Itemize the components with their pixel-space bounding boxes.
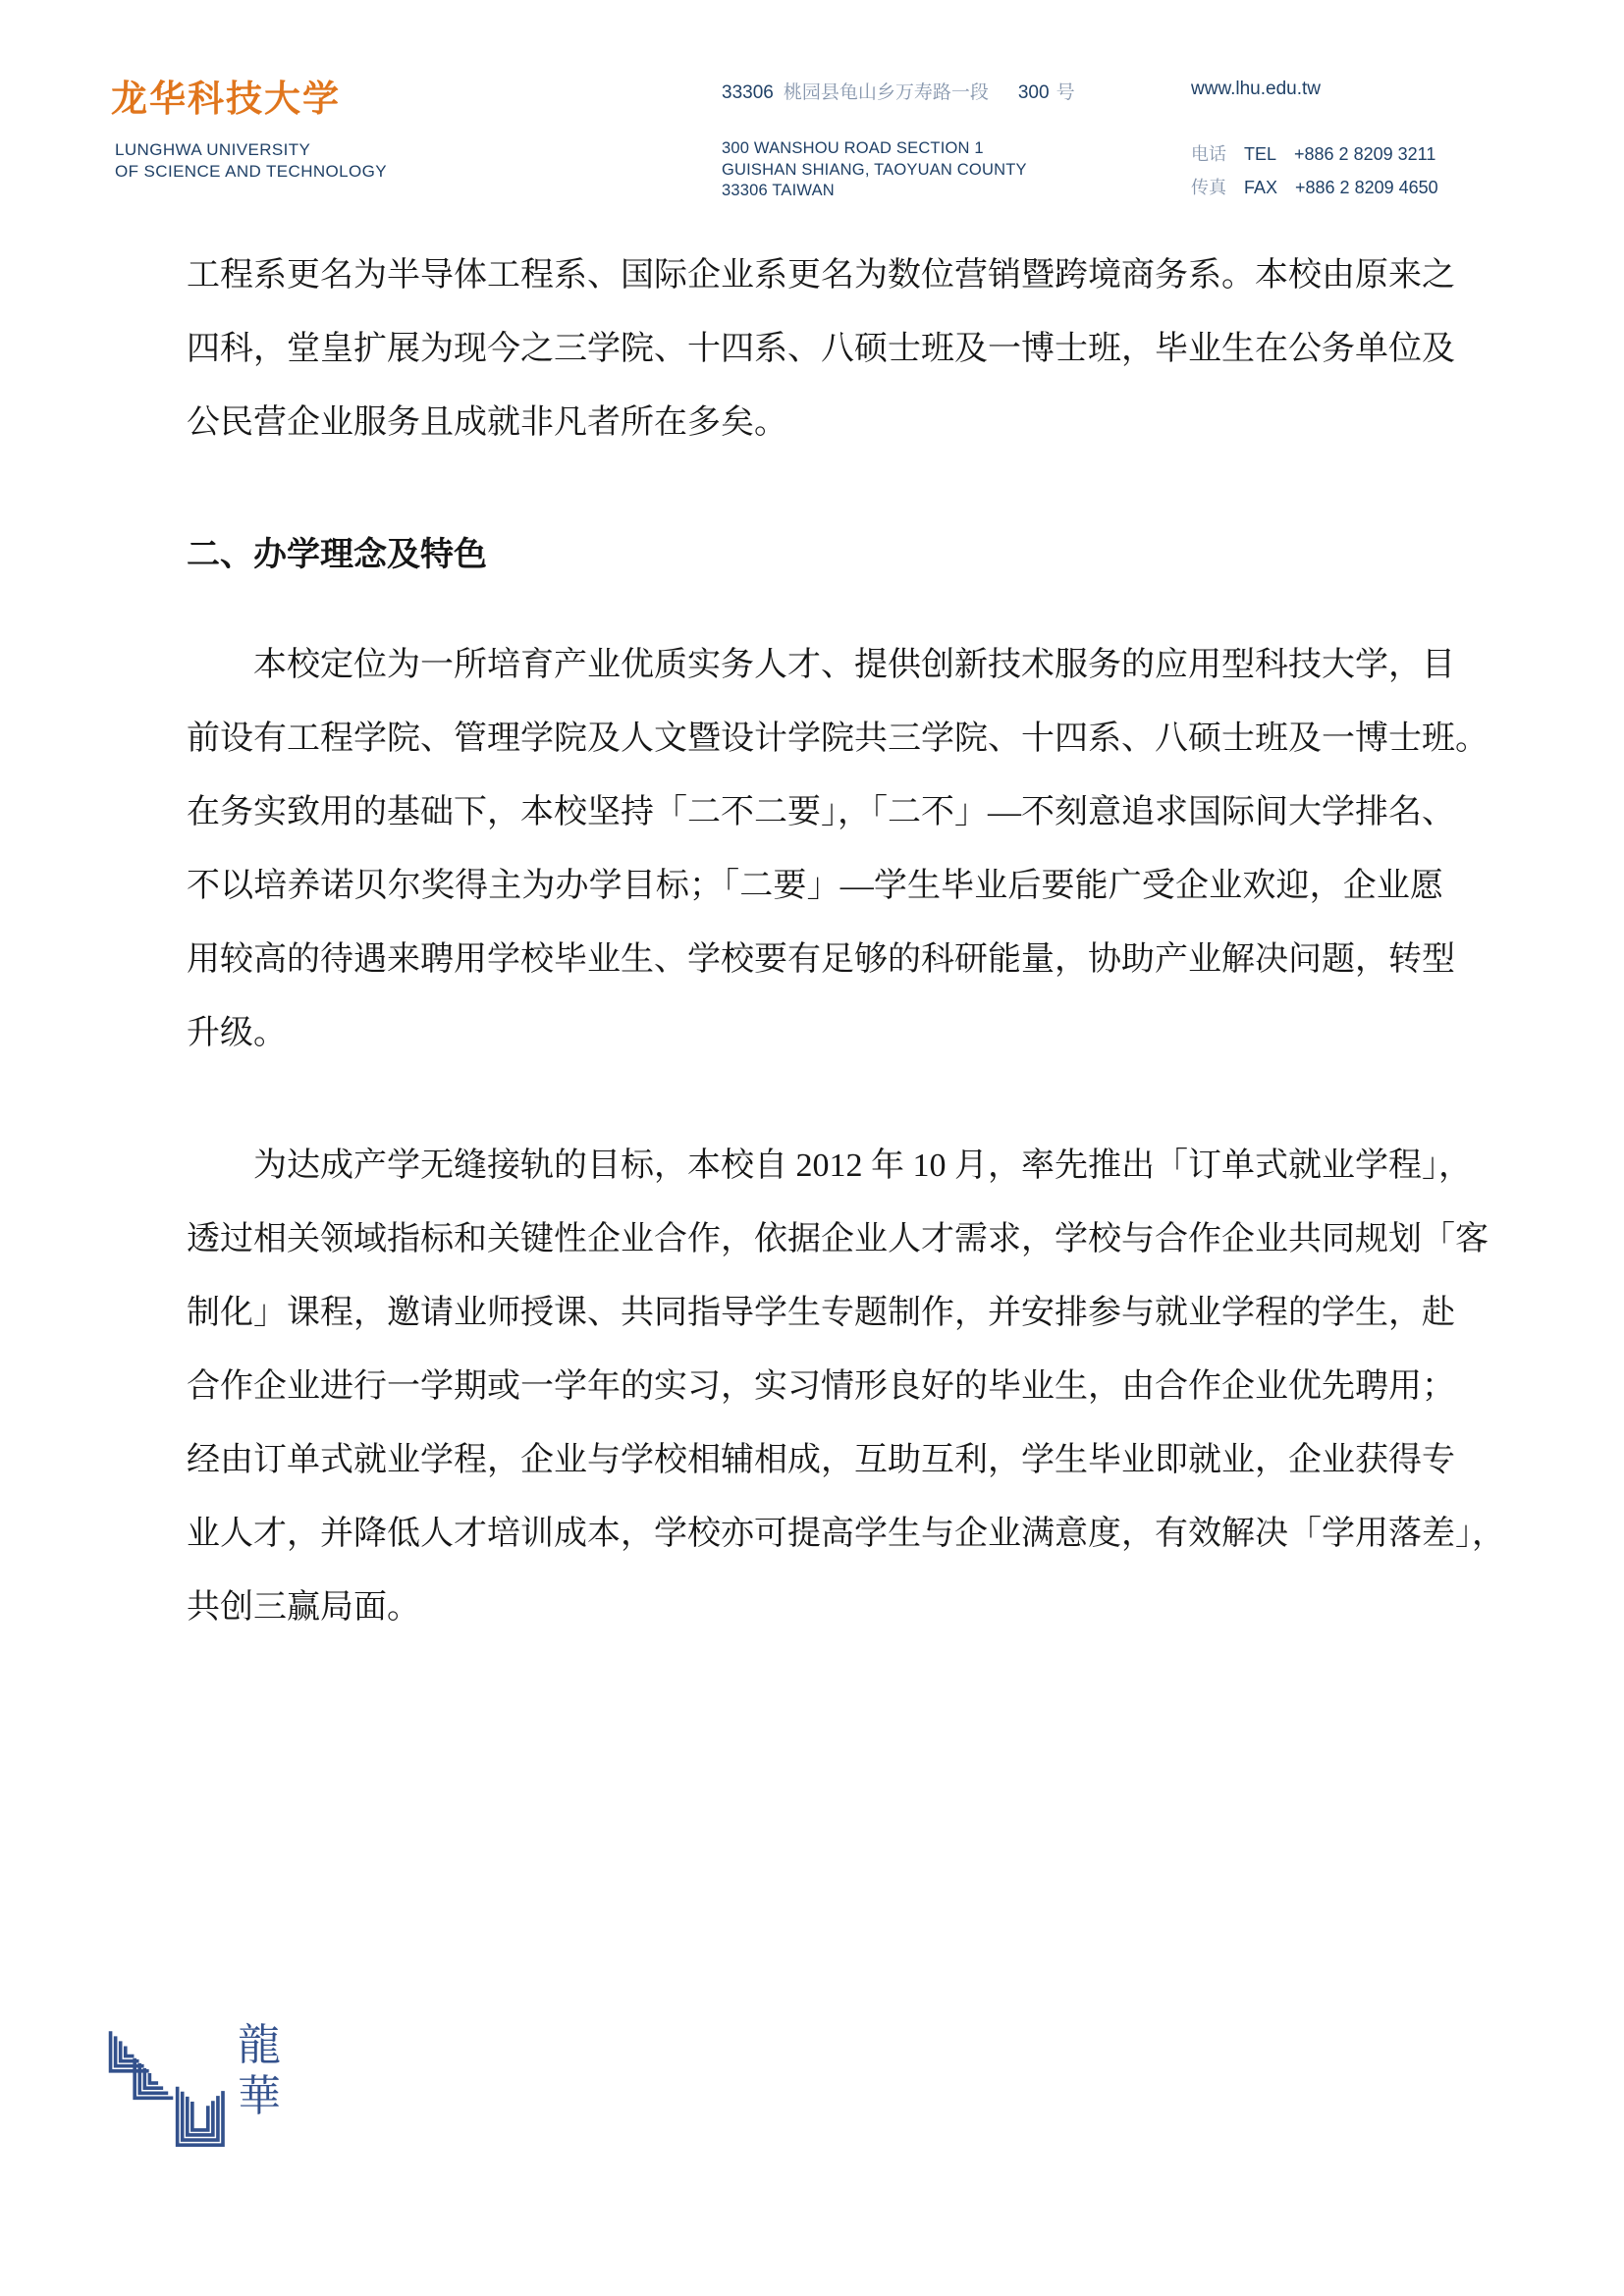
spacer bbox=[187, 1070, 1443, 1129]
street-number-suffix: 号 bbox=[1056, 82, 1075, 103]
body-line: 为达成产学无缝接轨的目标，本校自 2012 年 10 月，率先推出「订单式就业学… bbox=[187, 1129, 1443, 1202]
spacer bbox=[187, 459, 1443, 518]
section-heading: 二、办学理念及特色 bbox=[187, 518, 1443, 592]
address-zh: 33306桃园县龟山乡万寿路一段300号 bbox=[722, 78, 1075, 104]
address-en: 300 WANSHOU ROAD SECTION 1 GUISHAN SHIAN… bbox=[722, 138, 1027, 202]
paragraph-2: 本校定位为一所培育产业优质实务人才、提供创新技术服务的应用型科技大学，目前设有工… bbox=[187, 628, 1443, 1070]
spacer bbox=[187, 592, 1443, 628]
street-zh: 桃园县龟山乡万寿路一段 bbox=[784, 82, 989, 103]
paragraph-3: 为达成产学无缝接轨的目标，本校自 2012 年 10 月，率先推出「订单式就业学… bbox=[187, 1129, 1443, 1644]
university-name-en: LUNGHWA UNIVERSITY OF SCIENCE AND TECHNO… bbox=[115, 139, 387, 183]
logo-calligraphy: 龍 華 bbox=[234, 2020, 285, 2122]
logo-calligraphy-top: 龍 bbox=[234, 2020, 285, 2071]
body-line: 共创三赢局面。 bbox=[187, 1571, 1443, 1644]
body-line: 用较高的待遇来聘用学校毕业生、学校要有足够的科研能量，协助产业解决问题，转型 bbox=[187, 923, 1443, 996]
body-line: 制化」课程，邀请业师授课、共同指导学生专题制作，并安排参与就业学程的学生，赴 bbox=[187, 1276, 1443, 1350]
body-line: 升级。 bbox=[187, 996, 1443, 1070]
address-en-line3: 33306 TAIWAN bbox=[722, 181, 1027, 202]
body-line: 前设有工程学院、管理学院及人文暨设计学院共三学院、十四系、八硕士班及一博士班。 bbox=[187, 702, 1443, 775]
body-line: 经由订单式就业学程，企业与学校相辅相成，互助互利，学生毕业即就业，企业获得专 bbox=[187, 1423, 1443, 1497]
address-en-line2: GUISHAN SHIANG, TAOYUAN COUNTY bbox=[722, 160, 1027, 182]
phone-label-zh: 电话 bbox=[1191, 144, 1226, 164]
fax-number: +886 2 8209 4650 bbox=[1295, 178, 1438, 197]
logo-calligraphy-bottom: 華 bbox=[234, 2071, 285, 2122]
body-line: 公民营企业服务且成就非凡者所在多矣。 bbox=[187, 386, 1443, 459]
fax-row: 传真FAX+886 2 8209 4650 bbox=[1191, 174, 1438, 199]
street-number: 300 bbox=[1018, 82, 1050, 103]
university-name-en-line1: LUNGHWA UNIVERSITY bbox=[115, 139, 387, 161]
university-logo-icon bbox=[96, 2024, 239, 2156]
fax-label-zh: 传真 bbox=[1191, 178, 1226, 197]
document-body: 工程系更名为半导体工程系、国际企业系更名为数位营销暨跨境商务系。本校由原来之四科… bbox=[187, 239, 1443, 1644]
body-line: 透过相关领域指标和关键性企业合作，依据企业人才需求，学校与合作企业共同规划「客 bbox=[187, 1202, 1443, 1276]
university-name-en-line2: OF SCIENCE AND TECHNOLOGY bbox=[115, 161, 387, 183]
body-line: 合作企业进行一学期或一学年的实习，实习情形良好的毕业生，由合作企业优先聘用； bbox=[187, 1350, 1443, 1423]
postal-code: 33306 bbox=[722, 82, 774, 103]
body-line: 工程系更名为半导体工程系、国际企业系更名为数位营销暨跨境商务系。本校由原来之 bbox=[187, 239, 1443, 312]
body-line: 本校定位为一所培育产业优质实务人才、提供创新技术服务的应用型科技大学，目 bbox=[187, 628, 1443, 702]
body-line: 不以培养诺贝尔奖得主为办学目标；「二要」—学生毕业后要能广受企业欢迎，企业愿 bbox=[187, 849, 1443, 923]
address-en-line1: 300 WANSHOU ROAD SECTION 1 bbox=[722, 138, 1027, 160]
university-name-zh: 龙华科技大学 bbox=[111, 69, 341, 122]
paragraph-1: 工程系更名为半导体工程系、国际企业系更名为数位营销暨跨境商务系。本校由原来之四科… bbox=[187, 239, 1443, 459]
phone-number: +886 2 8209 3211 bbox=[1294, 144, 1435, 164]
letterhead-page: 龙华科技大学 LUNGHWA UNIVERSITY OF SCIENCE AND… bbox=[0, 0, 1624, 2296]
body-line: 在务实致用的基础下，本校坚持「二不二要」，「二不」—不刻意追求国际间大学排名、 bbox=[187, 775, 1443, 849]
website-url: www.lhu.edu.tw bbox=[1191, 79, 1321, 100]
fax-label-en: FAX bbox=[1244, 178, 1277, 197]
phone-label-en: TEL bbox=[1244, 144, 1276, 164]
body-line: 四科，堂皇扩展为现今之三学院、十四系、八硕士班及一博士班，毕业生在公务单位及 bbox=[187, 312, 1443, 386]
body-line: 业人才，并降低人才培训成本，学校亦可提高学生与企业满意度，有效解决「学用落差」， bbox=[187, 1497, 1443, 1571]
phone-row: 电话TEL+886 2 8209 3211 bbox=[1191, 140, 1435, 166]
